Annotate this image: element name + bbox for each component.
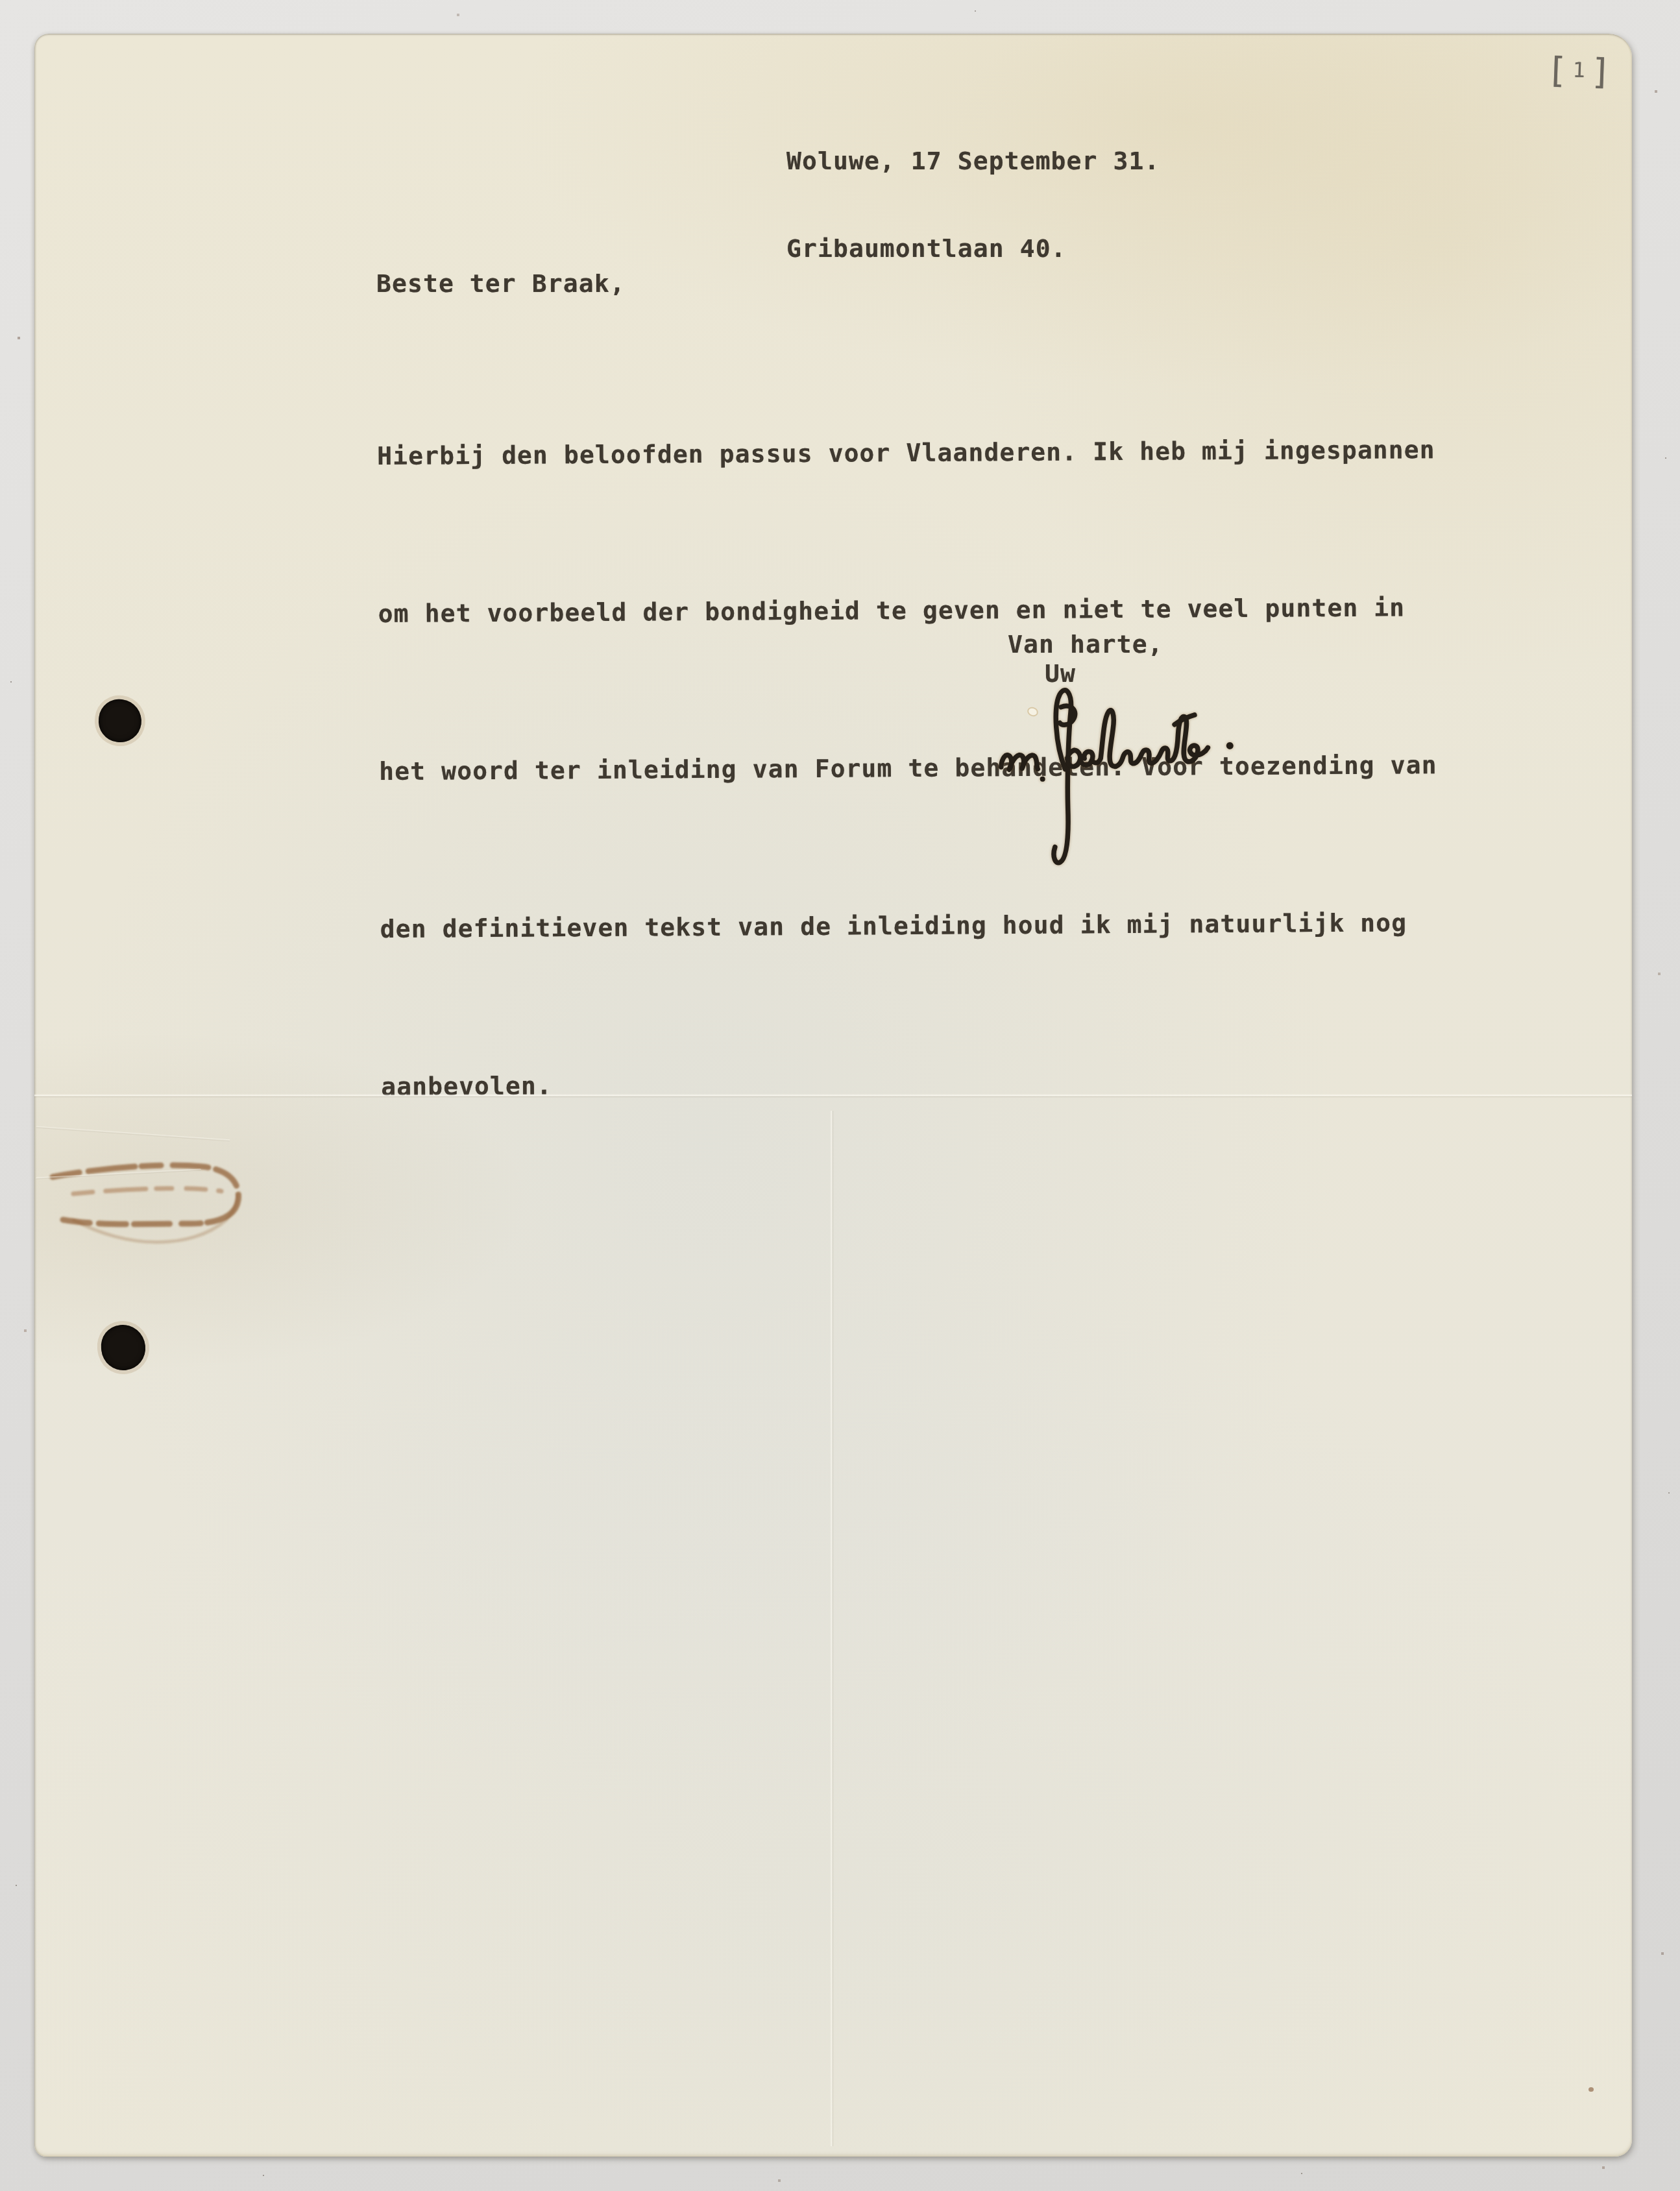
signature-period bbox=[1226, 742, 1234, 749]
annotation-close-bracket: ] bbox=[1590, 51, 1615, 93]
body-line: om het voorbeeld der bondigheid te geven… bbox=[378, 581, 1436, 640]
signature-tall-stem bbox=[1040, 690, 1085, 863]
letter-paper: [1] Woluwe, 17 September 31. Gribaumontl… bbox=[34, 34, 1632, 2157]
punch-hole-top bbox=[96, 697, 145, 745]
signature-m-dot bbox=[1040, 776, 1045, 782]
page-number-annotation: [1] bbox=[1546, 49, 1614, 93]
letter-body: Hierbij den beloofden passus voor Vlaand… bbox=[376, 319, 1440, 1218]
annotation-number: 1 bbox=[1572, 58, 1589, 83]
dateline-street-address: Gribaumontlaan 40. bbox=[786, 234, 1160, 263]
letter-dateline: Woluwe, 17 September 31. Gribaumontlaan … bbox=[786, 88, 1160, 322]
salutation: Beste ter Braak, bbox=[376, 269, 626, 298]
dateline-place-date: Woluwe, 17 September 31. bbox=[786, 147, 1160, 176]
scanned-letter-page: [1] Woluwe, 17 September 31. Gribaumontl… bbox=[0, 0, 1680, 2191]
body-line: het woord ter inleiding van Forum te beh… bbox=[379, 739, 1437, 798]
rust-speck bbox=[1589, 2087, 1594, 2092]
annotation-open-bracket: [ bbox=[1546, 49, 1571, 91]
body-line: Hierbij den beloofden passus voor Vlaand… bbox=[377, 424, 1435, 483]
punch-hole-bottom bbox=[99, 1323, 148, 1373]
closing-valediction: Van harte, bbox=[1008, 630, 1163, 659]
signature-oelants bbox=[1064, 702, 1209, 772]
fold-crease-vertical bbox=[830, 1111, 834, 2146]
scanner-dust-specks bbox=[0, 0, 1, 1]
body-line: den definitieven tekst van de inleiding … bbox=[380, 897, 1438, 956]
signature-handwriting bbox=[992, 670, 1277, 890]
signature-initial-m bbox=[1000, 753, 1038, 772]
signature-r-bowl bbox=[1058, 705, 1076, 725]
body-line: aanbevolen. bbox=[381, 1054, 1439, 1113]
paperclip-rust-stain bbox=[34, 1137, 255, 1279]
